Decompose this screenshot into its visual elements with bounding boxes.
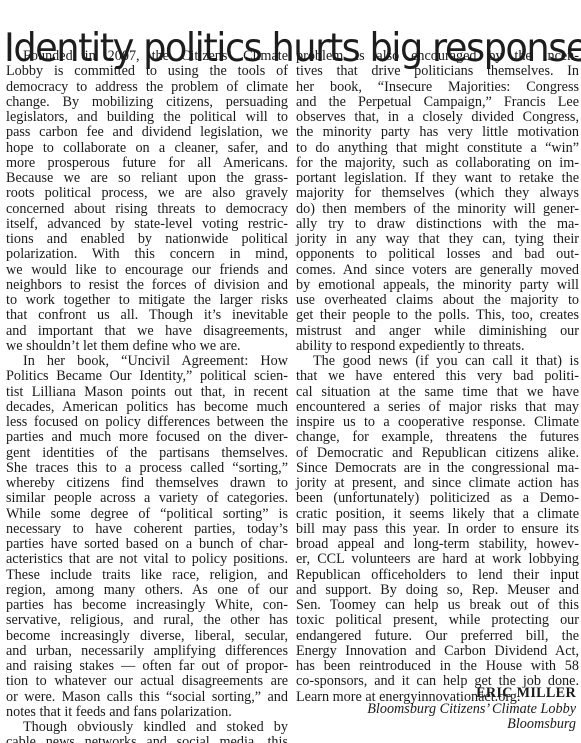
text-line: tives that drive politicians themselves.… (296, 64, 579, 79)
text-line: jority at present, and since climate act… (296, 476, 579, 491)
text-line: we shouldn’t let them define who we are. (6, 339, 288, 354)
text-line: or were. Mason calls this “social sortin… (6, 690, 288, 705)
text-line: pass carbon fee and dividend legislation… (6, 125, 288, 140)
text-line: jority in any way that they can, tying t… (296, 232, 579, 247)
text-line: and raising stakes — often far out of pr… (6, 659, 288, 674)
text-line: of Democratic and Republican citizens al… (296, 446, 579, 461)
text-line: inspire us to a cooperative response. Cl… (296, 415, 579, 430)
text-line: more prosperous future for all Americans… (6, 156, 288, 171)
text-line: Republican officeholders to lend their i… (296, 568, 579, 583)
text-line: tion to whatever our actual disagreement… (6, 674, 288, 689)
text-line: the minority party has very little motiv… (296, 125, 579, 140)
text-line: by emotional appeals, the minority party… (296, 278, 579, 293)
text-line: do) then members of the minority will ge… (296, 202, 579, 217)
text-line: region, among many others. As one of our (6, 583, 288, 598)
text-line: cable news networks and social media, th… (6, 735, 288, 743)
text-line: similar people across a variety of categ… (6, 491, 288, 506)
text-line: mistrust and anger while diminishing our (296, 324, 579, 339)
text-line: In her book, “Uncivil Agreement: How (6, 354, 288, 369)
text-line: that confront us all. Though it’s inevit… (6, 308, 288, 323)
text-line: ability to respond expediently to threat… (296, 339, 579, 354)
text-line: whereby citizens find themselves drawn t… (6, 476, 288, 491)
text-line: cratic position, it seems likely that a … (296, 507, 579, 522)
text-line: necessary to have coherent parties, toda… (6, 522, 288, 537)
text-line: that we have entered this very bad polit… (296, 369, 579, 384)
text-line: toxic political present, while protectin… (296, 613, 579, 628)
text-line: been (unfortunately) politicized as a De… (296, 491, 579, 506)
text-line: her book, “Insecure Majorities: Congress (296, 80, 579, 95)
text-line: and urban, necessarily amplifying differ… (6, 644, 288, 659)
text-line: change. By mobilizing citizens, persuadi… (6, 95, 288, 110)
text-line: ally try to draw distinctions with the m… (296, 217, 579, 232)
text-line: tist Lilliana Mason points out that, in … (6, 385, 288, 400)
text-line: and important that we have disagreements… (6, 324, 288, 339)
text-line: opponents to political losses and bad ou… (296, 247, 579, 262)
text-line: parties and much more focused on the div… (6, 430, 288, 445)
text-line: problem is also encouraged by the incen- (296, 49, 579, 64)
text-line: parties have sorted based on a bunch of … (6, 537, 288, 552)
text-line: servative, religious, and rural, the oth… (6, 613, 288, 628)
author-town: Bloomsburg (507, 716, 576, 733)
text-line: become increasingly diverse, liberal, se… (6, 629, 288, 644)
text-line: for the majority, such as collaborating … (296, 156, 579, 171)
text-line: bill may pass this year. In order to ens… (296, 522, 579, 537)
author-name: ERIC MILLER (476, 685, 576, 702)
text-line: acteristics that are not vital to policy… (6, 552, 288, 567)
text-line: These include traits like race, religion… (6, 568, 288, 583)
text-line: has been reintroduced in the House with … (296, 659, 579, 674)
text-line: tions and enabled by nationwide politica… (6, 232, 288, 247)
text-line: change, for example, threatens the futur… (296, 430, 579, 445)
text-line: democracy to address the problem of clim… (6, 80, 288, 95)
text-line: to work together to mitigate the larger … (6, 293, 288, 308)
text-line: decades, American politics has become mu… (6, 400, 288, 415)
text-line: encountered a series of major risks that… (296, 400, 579, 415)
text-line: The good news (if you can call it that) … (296, 354, 579, 369)
text-line: comes. And since voters are generally mo… (296, 263, 579, 278)
text-line: She traces this to a process called “sor… (6, 461, 288, 476)
text-line: Sen. Toomey can help us break out of thi… (296, 598, 579, 613)
text-line: Since Democrats are in the congressional… (296, 461, 579, 476)
text-line: get their people to the polls. This, too… (296, 308, 579, 323)
text-line: portant legislation. If they want to ret… (296, 171, 579, 186)
text-line: parties has become increasingly White, c… (6, 598, 288, 613)
text-line: broad appeal and long-term stability, ho… (296, 537, 579, 552)
text-line: roots political process, we are also gra… (6, 186, 288, 201)
text-line: observes that, in a closely divided Cong… (296, 110, 579, 125)
text-line: cal situation at the same time that we h… (296, 385, 579, 400)
text-line: er, CCL volunteers are hard at work lobb… (296, 552, 579, 567)
text-line: legislators, and building the political … (6, 110, 288, 125)
text-line: Lobby is committed to using the tools of (6, 64, 288, 79)
text-line: While some degree of “political sorting”… (6, 507, 288, 522)
text-line: polarization. With this concern in mind, (6, 247, 288, 262)
article-column-left: Founded in 2007, the Citizens’ ClimateLo… (6, 49, 288, 743)
text-line: gent identities of the partisans themsel… (6, 446, 288, 461)
text-line: itself, advanced by state-level voting r… (6, 217, 288, 232)
text-line: Energy Innovation and Carbon Dividend Ac… (296, 644, 579, 659)
text-line: and the Perpetual Campaign,” Francis Lee (296, 95, 579, 110)
text-line: notes that it feeds and fans polarizatio… (6, 705, 288, 720)
text-line: Because we are so reliant upon the grass… (6, 171, 288, 186)
text-line: Politics Became Our Identity,” political… (6, 369, 288, 384)
text-line: concerned about rising threats to democr… (6, 202, 288, 217)
text-line: use overheated claims about the majority… (296, 293, 579, 308)
text-line: and support. By doing so, Rep. Meuser an… (296, 583, 579, 598)
text-line: hope to collaborate on a cleaner, safer,… (6, 141, 288, 156)
article-column-right: problem is also encouraged by the incen-… (296, 49, 579, 705)
text-line: Founded in 2007, the Citizens’ Climate (6, 49, 288, 64)
text-line: majority for themselves (which they alwa… (296, 186, 579, 201)
text-line: we would like to encourage our friends a… (6, 263, 288, 278)
text-line: neighbors to resist the forces of divisi… (6, 278, 288, 293)
text-line: endangered future. Our preferred bill, t… (296, 629, 579, 644)
text-line: less focused on policy differences betwe… (6, 415, 288, 430)
text-line: to do anything that might constitute a “… (296, 141, 579, 156)
text-line: Though obviously kindled and stoked by (6, 720, 288, 735)
